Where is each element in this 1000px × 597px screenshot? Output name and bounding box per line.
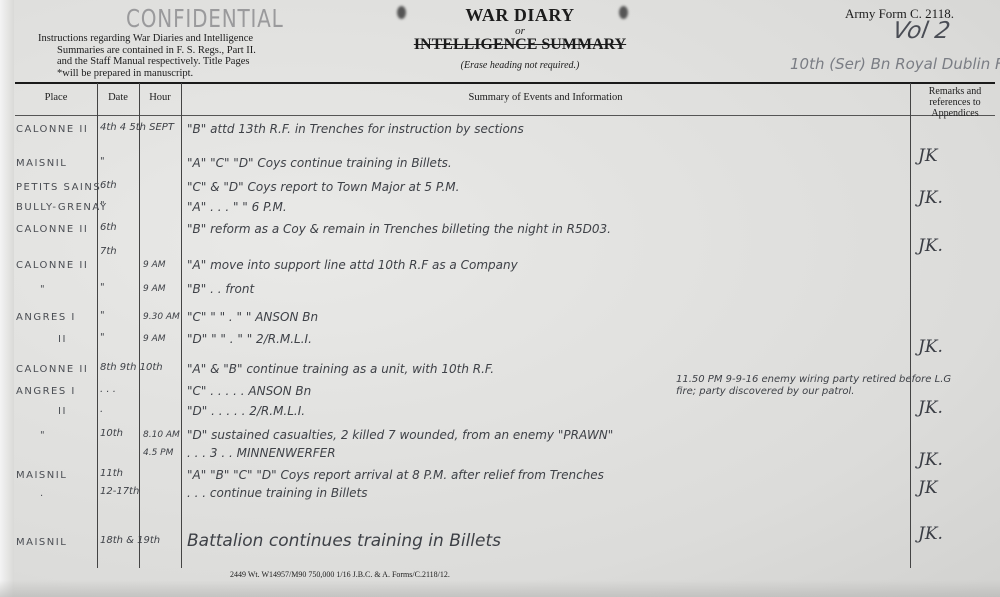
header-rule — [15, 82, 995, 84]
entry-summary: "C" . . . . . ANSON Bn — [187, 384, 311, 398]
entry-summary: "D" . . . . . 2/R.M.L.I. — [187, 404, 305, 418]
entry-summary: "B" attd 13th R.F. in Trenches for instr… — [187, 122, 524, 136]
entry-hour: 4.5 PM — [143, 448, 173, 458]
entry-date: 6th — [100, 180, 117, 191]
entry-remark-initials: JK. — [918, 398, 943, 418]
document-subtitle: INTELLIGENCE SUMMARY — [380, 36, 660, 54]
entry-date: 18th & 19th — [100, 535, 160, 546]
entry-summary: "A" "C" "D" Coys continue training in Bi… — [187, 156, 452, 170]
entry-place: II — [58, 406, 67, 417]
header-hour: Hour — [139, 92, 181, 103]
entry-remark-initials: JK — [918, 478, 938, 498]
instruction-line: and the Staff Manual respectively. Title… — [38, 56, 278, 68]
entry-summary: "B" . . front — [187, 282, 254, 296]
entry-date: " — [100, 156, 105, 167]
column-header-rule — [15, 115, 995, 116]
entry-summary: "A" move into support line attd 10th R.F… — [187, 258, 518, 272]
entry-remark-initials: JK. — [918, 524, 943, 544]
entry-place: ANGRES I — [16, 386, 76, 397]
header-remarks-line: references to — [910, 97, 1000, 108]
instructions-text: Instructions regarding War Diaries and I… — [38, 33, 278, 79]
entry-place: MAISNIL — [16, 537, 67, 548]
entry-summary: "C" " " . " " ANSON Bn — [187, 310, 318, 324]
entry-hour: 9 AM — [143, 260, 166, 270]
entry-remark-initials: JK. — [918, 450, 943, 470]
header-remarks: Remarks and references to Appendices — [910, 86, 1000, 119]
entry-date: 6th — [100, 222, 117, 233]
column-divider — [910, 83, 911, 568]
entry-place: MAISNIL — [16, 158, 67, 169]
entry-date: 10th — [100, 428, 123, 439]
entry-place: BULLY-GRENAY — [16, 202, 108, 213]
unit-name: 10th (Ser) Bn Royal Dublin Fus — [790, 55, 1000, 73]
entry-place: ANGRES I — [16, 312, 76, 323]
entry-hour: 9 AM — [143, 334, 166, 344]
entry-date: " — [100, 282, 105, 293]
entry-note: 11.50 PM 9-9-16 enemy wiring party retir… — [676, 374, 956, 398]
entry-place: CALONNE II — [16, 224, 88, 235]
entry-summary: Battalion continues training in Billets — [187, 531, 501, 551]
instruction-line: Instructions regarding War Diaries and I… — [38, 33, 278, 45]
entry-summary: "A" "B" "C" "D" Coys report arrival at 8… — [187, 468, 604, 482]
entry-summary: "A" . . . " " 6 P.M. — [187, 200, 287, 214]
entry-hour: 8.10 AM — [143, 430, 180, 440]
document-title: WAR DIARY — [390, 5, 650, 26]
entry-place: II — [58, 334, 67, 345]
entry-date: 11th — [100, 468, 123, 479]
entry-summary: "B" reform as a Coy & remain in Trenches… — [187, 222, 611, 236]
page-edge — [0, 0, 14, 597]
entry-summary: "C" & "D" Coys report to Town Major at 5… — [187, 180, 459, 194]
entry-summary: . . . continue training in Billets — [187, 486, 368, 500]
instruction-line: Summaries are contained in F. S. Regs., … — [38, 45, 278, 57]
entry-place: CALONNE II — [16, 124, 88, 135]
entry-date: 7th — [100, 246, 117, 257]
entry-remark-initials: JK. — [918, 236, 943, 256]
entry-place: . — [40, 488, 45, 499]
entry-date: 8th 9th 10th — [100, 362, 163, 373]
entry-date: . — [100, 404, 103, 415]
column-divider — [181, 83, 182, 568]
entry-date: . . . — [100, 384, 116, 395]
header-place: Place — [15, 92, 97, 103]
entry-summary: . . . 3 . . MINNENWERFER — [187, 446, 336, 460]
entry-place: CALONNE II — [16, 260, 88, 271]
entry-date: " — [100, 200, 105, 211]
entry-place: MAISNIL — [16, 470, 67, 481]
entry-place: " — [40, 430, 46, 441]
column-divider — [97, 83, 98, 568]
confidential-stamp: CONFIDENTIAL — [126, 4, 284, 33]
entry-summary: "A" & "B" continue training as a unit, w… — [187, 362, 494, 376]
entry-summary: "D" " " . " " 2/R.M.L.I. — [187, 332, 312, 346]
header-summary: Summary of Events and Information — [181, 92, 910, 103]
header-remarks-line: Appendices — [910, 108, 1000, 119]
entry-date: 12-17th — [100, 486, 139, 497]
header-date: Date — [97, 92, 139, 103]
entry-hour: 9.30 AM — [143, 312, 180, 322]
entry-remark-initials: JK. — [918, 337, 943, 357]
entry-place: PETITS SAINS — [16, 182, 101, 193]
entry-place: CALONNE II — [16, 364, 88, 375]
entry-remark-initials: JK — [918, 146, 938, 166]
entry-date: " — [100, 310, 105, 321]
war-diary-page: CONFIDENTIAL Instructions regarding War … — [0, 0, 1000, 597]
entry-summary: "D" sustained casualties, 2 killed 7 wou… — [187, 428, 613, 442]
entry-remark-initials: JK. — [918, 188, 943, 208]
entry-date: " — [100, 332, 105, 343]
print-footer: 2449 Wt. W14957/M90 750,000 1/16 J.B.C. … — [230, 570, 450, 579]
entry-hour: 9 AM — [143, 284, 166, 294]
volume-label: Vol 2 — [891, 18, 952, 44]
entry-date: 4th 4 5th SEPT — [100, 122, 174, 133]
entry-place: " — [40, 284, 46, 295]
page-bottom-edge — [0, 580, 1000, 597]
erase-note: (Erase heading not required.) — [390, 60, 650, 71]
header-remarks-line: Remarks and — [910, 86, 1000, 97]
instruction-line: *will be prepared in manuscript. — [38, 68, 278, 80]
